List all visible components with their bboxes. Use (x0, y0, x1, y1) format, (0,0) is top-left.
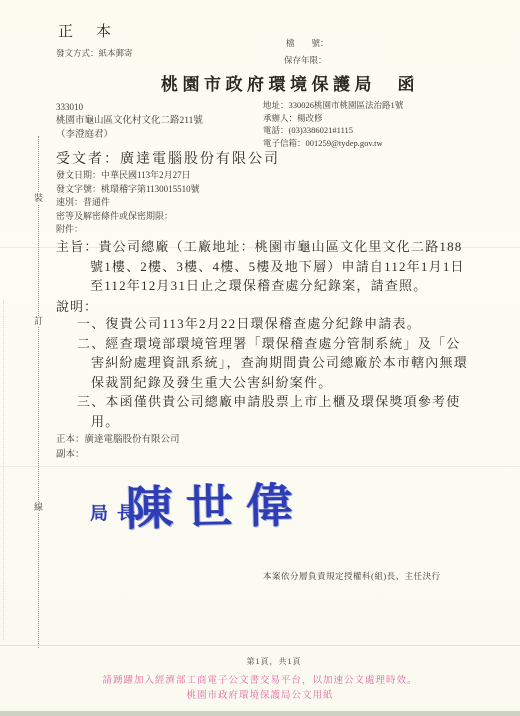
addressee-line: 受文者：廣達電腦股份有限公司 (56, 148, 280, 168)
document-title: 桃園市政府環境保護局 函 (30, 70, 520, 95)
scanned-official-letter: 裝 訂 線 正 本 發文方式：紙本郵寄 檔 號： 保存年限： 桃園市政府環境保護… (0, 0, 520, 716)
explanation-label: 說明： (56, 296, 98, 315)
agency-contact-person: 承辦人：楊改修 (263, 112, 403, 125)
agency-address: 地址：330026桃園市桃園區法治路1號 (263, 99, 403, 112)
signer-name-signature: 陳世偉 (125, 468, 306, 539)
explanation-item-1: 一、復貴公司113年2月22日環保稽查處分紀錄申請表。 (56, 314, 472, 334)
recipient-attention: （李澄庭君） (56, 128, 203, 142)
footer-notice-line2: 桃園市政府環境保護局公文用紙 (0, 689, 520, 704)
recipient-zip: 333010 (56, 100, 203, 114)
subject-paragraph: 主旨：貴公司總廠（工廠地址：桃園市龜山區文化里文化二路188號1樓、2樓、3樓、… (56, 237, 472, 296)
original-copy-line: 正本：廣達電腦股份有限公司 (56, 433, 180, 448)
footer-divider-line (0, 645, 520, 646)
binding-mark-xian: 線 (33, 502, 44, 513)
footer-notice-line1: 請踴躍加入經濟部工商電子公文書交易平台，以加速公文處理時效。 (0, 674, 520, 689)
explanation-item-3: 三、本函僅供貴公司總廠申請股票上市上櫃及環保獎項參考使用。 (56, 392, 472, 431)
security-classification: 密等及解密條件或保密期限： (56, 210, 200, 224)
issue-date: 發文日期：中華民國113年2月27日 (56, 169, 200, 183)
attachment-label: 附件： (56, 223, 200, 237)
edge-dotted-line (3, 300, 4, 640)
scan-bottom-edge (0, 711, 520, 716)
binding-mark-zhuang: 裝 (33, 193, 44, 204)
recipient-address-block: 333010 桃園市龜山區文化村文化二路211號 （李澄庭君） (56, 100, 203, 142)
explanation-item-2: 二、經查環境部環境管理署「環保稽查處分管制系統」及「公害糾紛處理資訊系統」，查詢… (56, 334, 472, 393)
cc-copy-line: 副本： (56, 448, 180, 463)
recipient-address: 桃園市龜山區文化村文化二路211號 (56, 114, 203, 128)
binding-mark-ding: 訂 (33, 316, 44, 327)
priority-level: 速別：普通件 (56, 196, 200, 210)
copies-block: 正本：廣達電腦股份有限公司 副本： (56, 433, 180, 462)
page-number: 第1頁，共1頁 (0, 656, 520, 667)
subject-text: 貴公司總廠（工廠地址：桃園市龜山區文化里文化二路188號1樓、2樓、3樓、4樓、… (90, 239, 465, 293)
document-number: 發文字號：桃環稽字第1130015510號 (56, 183, 200, 197)
authorization-note: 本案依分層負責規定授權科(組)長、主任決行 (263, 570, 441, 582)
document-meta-block: 發文日期：中華民國113年2月27日 發文字號：桃環稽字第1130015510號… (56, 169, 200, 237)
footer-notice: 請踴躍加入經濟部工商電子公文書交易平台，以加速公文處理時效。 桃園市政府環境保護… (0, 674, 520, 704)
subject-label: 主旨： (56, 239, 99, 254)
file-number-label: 檔 號： (286, 37, 329, 49)
retention-period-label: 保存年限： (284, 54, 327, 66)
copy-type-label: 正 本 (58, 20, 115, 41)
agency-phone: 電話：(03)3386021#1115 (263, 124, 403, 137)
binding-dotted-line (38, 136, 39, 648)
delivery-method: 發文方式：紙本郵寄 (56, 47, 133, 59)
agency-email: 電子信箱：001259@tydep.gov.tw (263, 137, 403, 150)
agency-contact-block: 地址：330026桃園市桃園區法治路1號 承辦人：楊改修 電話：(03)3386… (263, 99, 403, 149)
explanation-items: 一、復貴公司113年2月22日環保稽查處分紀錄申請表。 二、經查環境部環境管理署… (56, 314, 472, 431)
scan-crease-line (0, 466, 520, 467)
